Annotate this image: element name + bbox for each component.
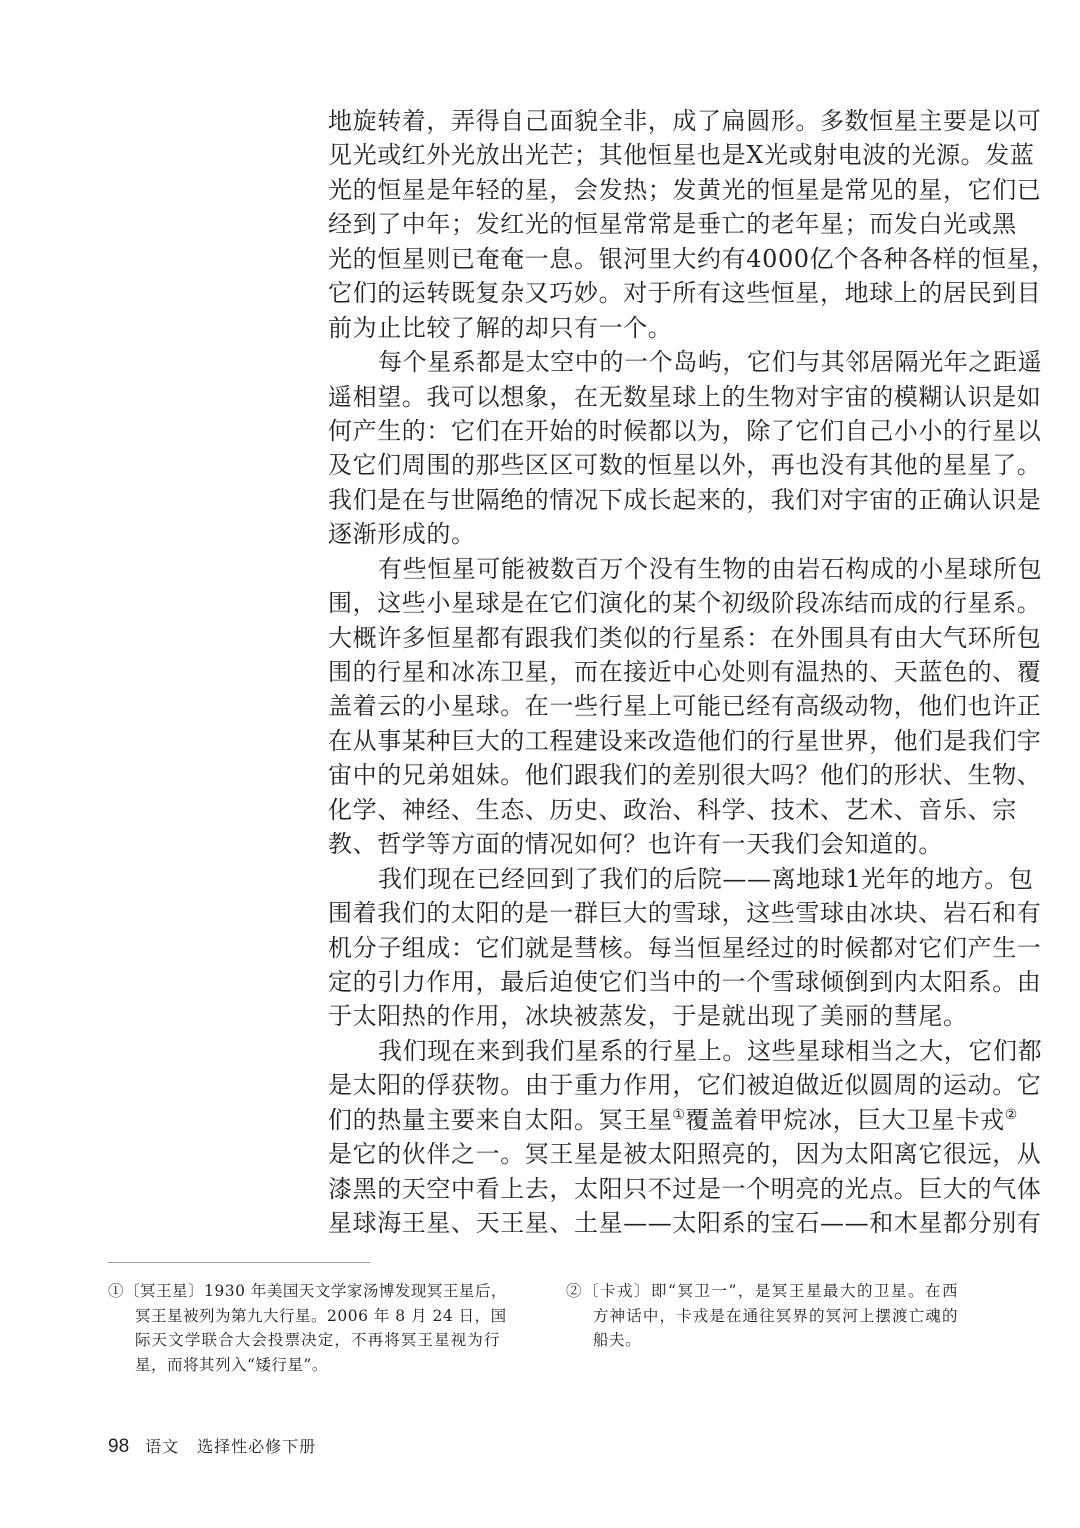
text-line-paragraph-start: 每个星系都是太空中的一个岛屿，它们与其邻居隔光年之距遥 [328,345,960,379]
text-line: 围的行星和冰冻卫星，而在接近中心处则有温热的、天蓝色的、覆 [328,655,960,689]
text-line: 是太阳的俘获物。由于重力作用，它们被迫做近似圆周的运动。它 [328,1068,960,1102]
text-line: 地旋转着，弄得自己面貌全非，成了扁圆形。多数恒星主要是以可 [328,104,960,138]
text-line: 大概许多恒星都有跟我们类似的行星系：在外围具有由大气环所包 [328,621,960,655]
page-number: 98 [108,1434,129,1460]
text-line: 化学、神经、生态、历史、政治、科学、技术、艺术、音乐、宗 [328,793,960,827]
text-line: 它们的运转既复杂又巧妙。对于所有这些恒星，地球上的居民到目 [328,276,960,310]
footnote-line: 船夫。 [566,1328,958,1353]
footnote-line: 际天文学联合大会投票决定，不再将冥王星视为行 [108,1328,500,1353]
text-line: 及它们周围的那些区区可数的恒星以外，再也没有其他的星星了。 [328,448,960,482]
text-line: 光的恒星则已奄奄一息。银河里大约有4000亿个各种各样的恒星， [328,242,960,276]
text-line: 见光或红外光放出光芒；其他恒星也是X光或射电波的光源。发蓝 [328,138,960,172]
text-line: 经到了中年；发红光的恒星常常是垂亡的老年星；而发白光或黑 [328,207,960,241]
text-line: 遥相望。我可以想象，在无数星球上的生物对宇宙的模糊认识是如 [328,380,960,414]
footnote-line: ②〔卡戎〕即“冥卫一”，是冥王星最大的卫星。在西 [566,1279,958,1304]
text-line: 机分子组成：它们就是彗核。每当恒星经过的时候都对它们产生一 [328,931,960,965]
footnote-separator [108,1262,370,1263]
text-line: 我们是在与世隔绝的情况下成长起来的，我们对宇宙的正确认识是 [328,483,960,517]
text-line: 宙中的兄弟姐妹。他们跟我们的差别很大吗？他们的形状、生物、 [328,758,960,792]
footnote-1: ①〔冥王星〕1930 年美国天文学家汤博发现冥王星后， 冥王星被列为第九大行星。… [108,1279,500,1377]
footnote-line: 冥王星被列为第九大行星。2006 年 8 月 24 日，国 [108,1304,500,1329]
text-line: 教、哲学等方面的情况如何？也许有一天我们会知道的。 [328,827,960,861]
text-span: 覆盖着甲烷冰，巨大卫星卡戎 [685,1106,1005,1134]
text-line: 定的引力作用，最后迫使它们当中的一个雪球倾倒到内太阳系。由 [328,965,960,999]
footnote-line: ①〔冥王星〕1930 年美国天文学家汤博发现冥王星后， [108,1279,500,1304]
text-line: 围，这些小星球是在它们演化的某个初级阶段冻结而成的行星系。 [328,586,960,620]
text-line: 是它的伙伴之一。冥王星是被太阳照亮的，因为太阳离它很远，从 [328,1137,960,1171]
footnote-2: ②〔卡戎〕即“冥卫一”，是冥王星最大的卫星。在西 方神话中，卡戎是在通往冥界的冥… [566,1279,958,1353]
book-title: 选择性必修下册 [197,1434,316,1460]
footnote-line: 方神话中，卡戎是在通往冥界的冥河上摆渡亡魂的 [566,1304,958,1329]
text-line: 在从事某种巨大的工程建设来改造他们的行星世界，他们是我们宇 [328,724,960,758]
text-line-paragraph-start: 我们现在来到我们星系的行星上。这些星球相当之大，它们都 [328,1034,960,1068]
text-line-with-footnote-marks: 们的热量主要来自太阳。冥王星①覆盖着甲烷冰，巨大卫星卡戎② [328,1103,960,1137]
page-footer: 98 语文 选择性必修下册 [108,1434,316,1460]
text-line-paragraph-start: 有些恒星可能被数百万个没有生物的由岩石构成的小星球所包 [328,552,960,586]
text-line: 何产生的：它们在开始的时候都以为，除了它们自己小小的行星以 [328,414,960,448]
text-line: 逐渐形成的。 [328,517,960,551]
text-line: 于太阳热的作用，冰块被蒸发，于是就出现了美丽的彗尾。 [328,999,960,1033]
text-line: 漆黑的天空中看上去，太阳只不过是一个明亮的光点。巨大的气体 [328,1172,960,1206]
main-body-text: 地旋转着，弄得自己面貌全非，成了扁圆形。多数恒星主要是以可 见光或红外光放出光芒… [328,104,960,1240]
footnote-ref-1[interactable]: ① [672,1107,685,1123]
text-line: 盖着云的小星球。在一些行星上可能已经有高级动物，他们也许正 [328,689,960,723]
subject-label: 语文 [145,1434,179,1460]
text-span: 们的热量主要来自太阳。冥王星 [328,1106,672,1134]
text-line-paragraph-start: 我们现在已经回到了我们的后院——离地球1光年的地方。包 [328,862,960,896]
footnote-line: 星，而将其列入“矮行星”。 [108,1353,500,1378]
footnote-ref-2[interactable]: ② [1005,1107,1018,1123]
text-line: 前为止比较了解的却只有一个。 [328,311,960,345]
text-line: 围着我们的太阳的是一群巨大的雪球，这些雪球由冰块、岩石和有 [328,896,960,930]
text-line: 光的恒星是年轻的星，会发热；发黄光的恒星是常见的星，它们已 [328,173,960,207]
text-line: 星球海王星、天王星、土星——太阳系的宝石——和木星都分别有 [328,1206,960,1240]
